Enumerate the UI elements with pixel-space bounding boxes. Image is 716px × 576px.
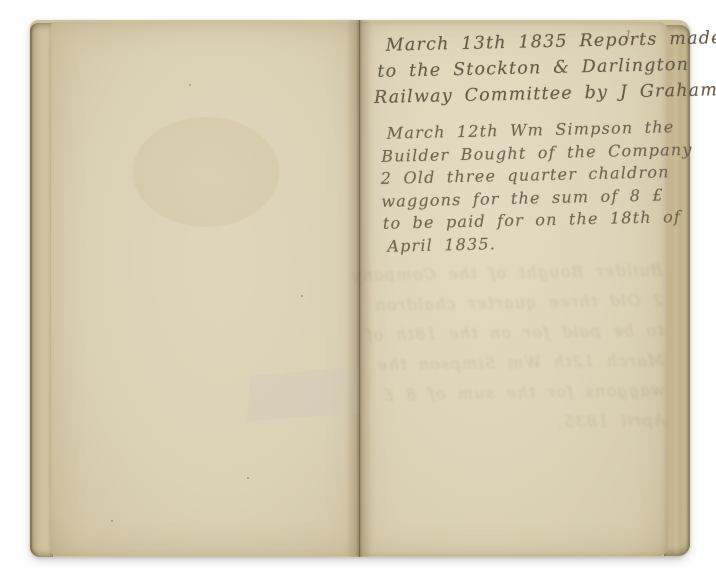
open-notebook: 1. March 13th 1835 Reports made to the S… [30, 20, 690, 557]
handwritten-text-block: March 13th 1835 Reports made to the Stoc… [371, 25, 716, 258]
paper-speck [189, 84, 191, 86]
ghost-line: March 12th Wm Simpson the [364, 345, 664, 380]
ghost-line: waggons for the sum of 8 £ [365, 375, 665, 410]
ghost-line: to be paid for on the 18th of [363, 315, 663, 350]
right-page-written: 1. March 13th 1835 Reports made to the S… [360, 22, 668, 556]
ghost-line: 2 Old three quarter chaldron [363, 285, 663, 320]
paper-speck [301, 295, 303, 297]
photo-background: 1. March 13th 1835 Reports made to the S… [0, 0, 716, 576]
ghost-line: Builder Bought of the Company [362, 255, 662, 290]
left-cover-edge [30, 23, 53, 557]
ink-bleedthrough: Builder Bought of the Company 2 Old thre… [362, 255, 665, 440]
paper-speck [247, 477, 249, 479]
paper-speck [111, 520, 113, 522]
book-gutter-crease [359, 20, 360, 557]
left-page-blank [51, 22, 360, 556]
ghost-line: April 1835. [365, 405, 665, 440]
